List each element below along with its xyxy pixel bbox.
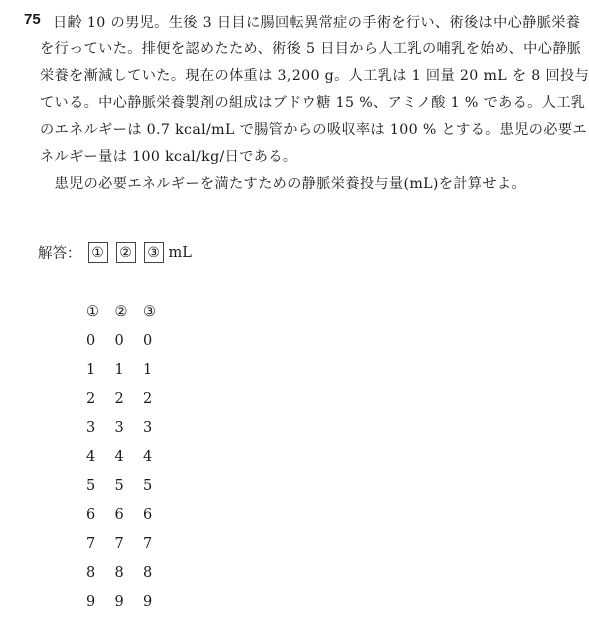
digit-option[interactable]: 1 xyxy=(143,362,172,378)
digit-option[interactable]: 0 xyxy=(115,333,144,349)
digit-option[interactable]: 0 xyxy=(143,333,172,349)
digit-row: 6 6 6 xyxy=(86,500,172,529)
digit-row: 1 1 1 xyxy=(86,355,172,384)
digit-option[interactable]: 2 xyxy=(86,391,115,407)
digit-option[interactable]: 9 xyxy=(86,594,115,610)
digit-grid-header: ① ② ③ xyxy=(86,297,172,326)
digit-option[interactable]: 1 xyxy=(115,362,144,378)
digit-option[interactable]: 9 xyxy=(115,594,144,610)
digit-row: 4 4 4 xyxy=(86,442,172,471)
digit-option[interactable]: 0 xyxy=(86,333,115,349)
question-prompt: 患児の必要エネルギーを満たすための静脈栄養投与量(mL)を計算せよ。 xyxy=(40,173,526,193)
digit-option[interactable]: 8 xyxy=(143,565,172,581)
question-number: 75 xyxy=(24,11,41,28)
digit-option[interactable]: 6 xyxy=(86,507,115,523)
digit-option[interactable]: 6 xyxy=(143,507,172,523)
column-header-3: ③ xyxy=(143,304,172,320)
question-line-1: 日齢 10 の男児。生後 3 日目に腸回転異常症の手術を行い、術後は中心静脈栄養 xyxy=(53,12,580,32)
digit-option[interactable]: 3 xyxy=(143,420,172,436)
digit-option[interactable]: 8 xyxy=(115,565,144,581)
question-line-4: ている。中心静脈栄養製剤の組成はブドウ糖 15 %、アミノ酸 1 % である。人… xyxy=(40,92,585,112)
digit-row: 7 7 7 xyxy=(86,529,172,558)
answer-box-3[interactable]: ③ xyxy=(144,242,164,263)
digit-grid: ① ② ③ 0 0 0 1 1 1 2 2 2 3 3 3 4 4 4 5 5 … xyxy=(86,297,172,616)
digit-option[interactable]: 2 xyxy=(115,391,144,407)
question-line-5: のエネルギーは 0.7 kcal/mL で腸管からの吸収率は 100 % とする… xyxy=(40,119,587,139)
digit-row: 2 2 2 xyxy=(86,384,172,413)
digit-option[interactable]: 2 xyxy=(143,391,172,407)
digit-row: 9 9 9 xyxy=(86,587,172,616)
digit-option[interactable]: 1 xyxy=(86,362,115,378)
answer-box-2[interactable]: ② xyxy=(116,242,136,263)
column-header-1: ① xyxy=(86,304,115,320)
digit-option[interactable]: 7 xyxy=(143,536,172,552)
answer-label: 解答： xyxy=(38,242,82,263)
digit-option[interactable]: 5 xyxy=(115,478,144,494)
column-header-2: ② xyxy=(115,304,144,320)
digit-option[interactable]: 5 xyxy=(86,478,115,494)
digit-row: 0 0 0 xyxy=(86,326,172,355)
digit-row: 8 8 8 xyxy=(86,558,172,587)
question-line-6: ネルギー量は 100 kcal/kg/日である。 xyxy=(40,146,297,166)
digit-option[interactable]: 5 xyxy=(143,478,172,494)
digit-option[interactable]: 4 xyxy=(86,449,115,465)
digit-option[interactable]: 3 xyxy=(115,420,144,436)
digit-option[interactable]: 4 xyxy=(143,449,172,465)
answer-unit: mL xyxy=(169,245,192,261)
digit-option[interactable]: 9 xyxy=(143,594,172,610)
digit-option[interactable]: 6 xyxy=(115,507,144,523)
digit-option[interactable]: 3 xyxy=(86,420,115,436)
question-line-2: を行っていた。排便を認めたため、術後 5 日目から人工乳の哺乳を始め、中心静脈 xyxy=(40,38,581,58)
digit-option[interactable]: 8 xyxy=(86,565,115,581)
digit-option[interactable]: 7 xyxy=(115,536,144,552)
answer-box-1[interactable]: ① xyxy=(88,242,108,263)
digit-row: 5 5 5 xyxy=(86,471,172,500)
digit-row: 3 3 3 xyxy=(86,413,172,442)
digit-option[interactable]: 7 xyxy=(86,536,115,552)
question-line-3: 栄養を漸減していた。現在の体重は 3,200 g。人工乳は 1 回量 20 mL… xyxy=(40,65,589,85)
digit-option[interactable]: 4 xyxy=(115,449,144,465)
answer-row: 解答： ① ② ③ mL xyxy=(38,242,192,263)
